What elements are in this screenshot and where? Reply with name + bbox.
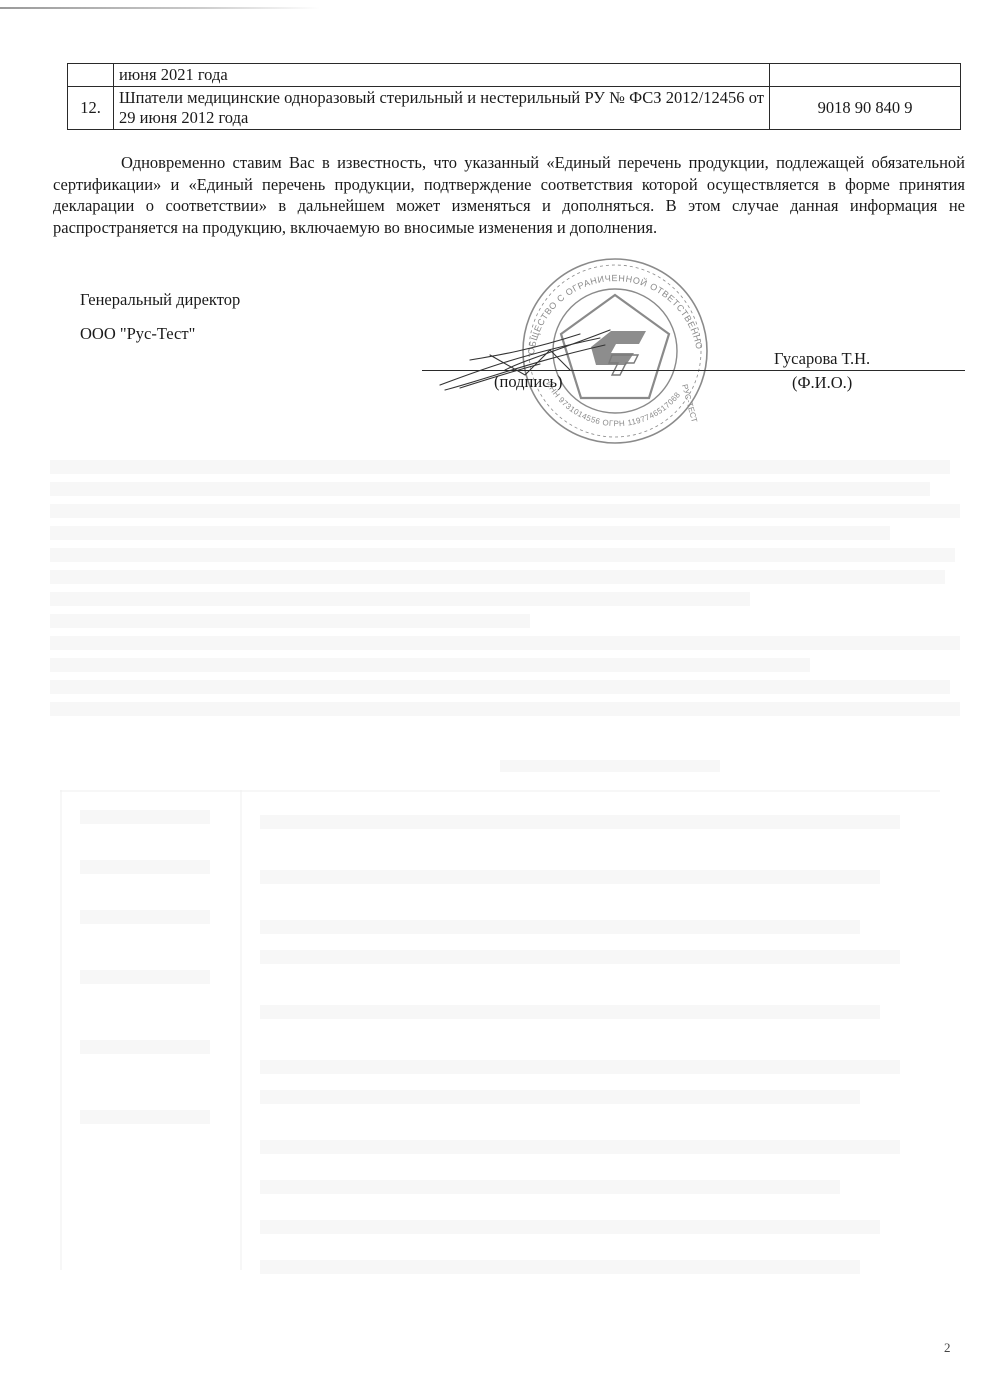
notice-paragraph: Одновременно ставим Вас в известность, ч… bbox=[53, 152, 965, 238]
row-code: 9018 90 840 9 bbox=[770, 87, 961, 130]
signer-position: Генеральный директор bbox=[80, 290, 240, 310]
table-row: 12. Шпатели медицинские одноразовый стер… bbox=[68, 87, 961, 130]
bleed-through-ghosting bbox=[50, 460, 970, 1320]
row-number: 12. bbox=[68, 87, 114, 130]
name-caption: (Ф.И.О.) bbox=[792, 373, 852, 393]
row-number bbox=[68, 64, 114, 87]
row-description: Шпатели медицинские одноразовый стерильн… bbox=[114, 87, 770, 130]
row-description: июня 2021 года bbox=[114, 64, 770, 87]
row-code bbox=[770, 64, 961, 87]
table-row: июня 2021 года bbox=[68, 64, 961, 87]
page-number: 2 bbox=[944, 1340, 951, 1356]
items-table: июня 2021 года 12. Шпатели медицинские о… bbox=[67, 63, 961, 130]
signer-organization: ООО "Рус-Тест" bbox=[80, 324, 195, 344]
scan-edge-artifact bbox=[0, 7, 320, 9]
signer-name: Гусарова Т.Н. bbox=[774, 349, 870, 369]
signature-caption: (подпись) bbox=[494, 372, 563, 392]
signature-line bbox=[422, 370, 965, 371]
